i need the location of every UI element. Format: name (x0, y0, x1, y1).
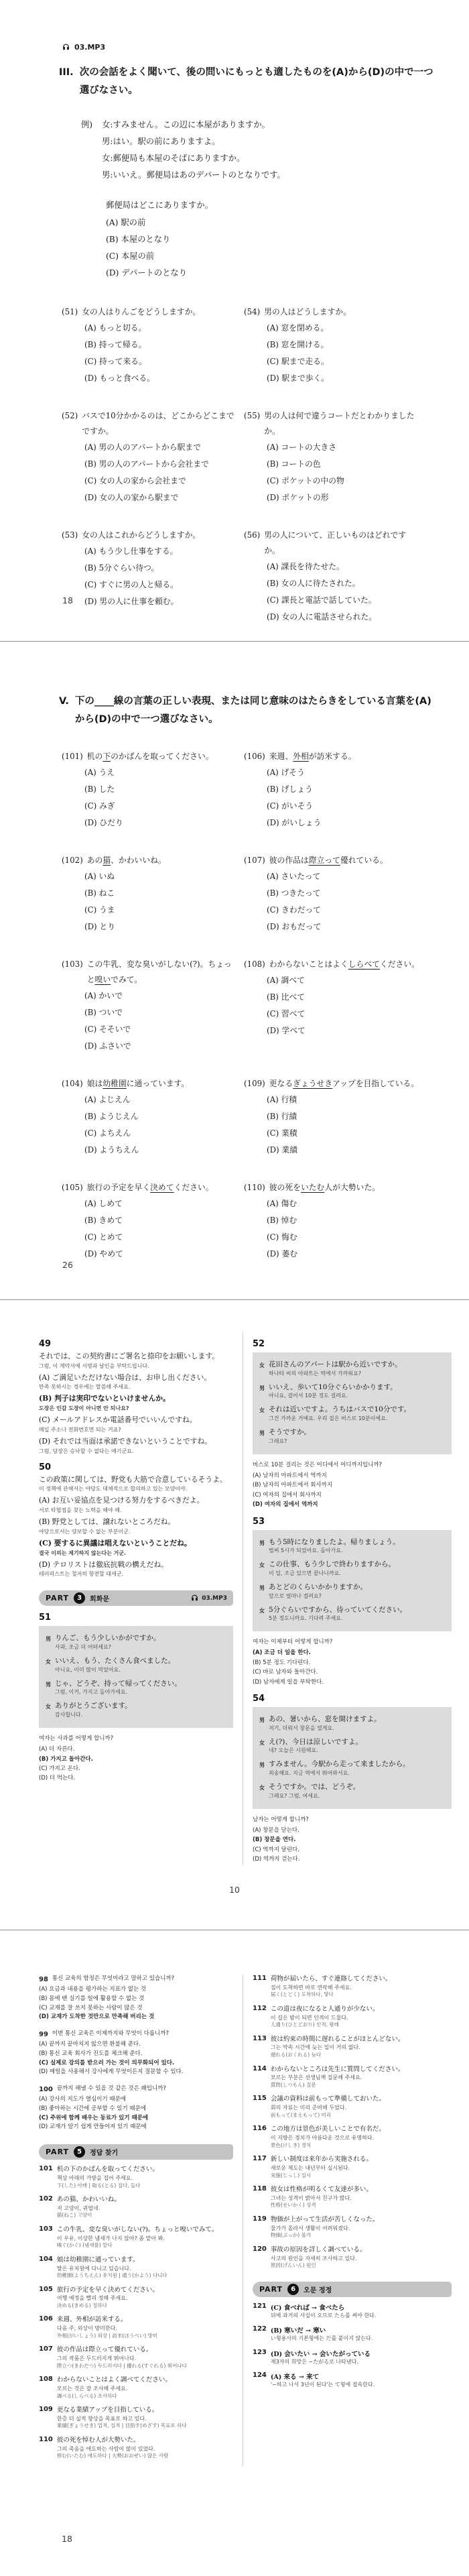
audio-file-row: 03.MP3 (62, 43, 469, 52)
translation-item: 116この地方は景色が美しいことで有名だ。이 지방은 경치가 아름다운 것으로 … (253, 2125, 452, 2149)
question-number: (107) (244, 853, 265, 868)
stem-post: 人が大勢いた。 (324, 1183, 380, 1192)
question-block: (54)男の人はどうしますか。(A) 窓を閉める。(B) 窓を開ける。(C) 駅… (244, 304, 426, 387)
answer-item-number: 116 (253, 2125, 267, 2149)
dialog-japanese: ありがとうございます。 (55, 1701, 132, 1711)
dialog-lines: 花田さんのアパートは駅から近いですか。하나타 씨의 아파트는 역에서 가까워요? (269, 1360, 402, 1378)
vocab-note: 決める(きめる) 정하다 (57, 2302, 159, 2310)
option-line: (B) 女の人に待たされた。 (267, 575, 421, 592)
stem-post: のかばんを取ってください。 (111, 752, 213, 761)
part-number-badge: 6 (287, 2284, 299, 2295)
speaker-label: 男 (259, 1761, 265, 1777)
underlined-word: 際立って (309, 856, 340, 865)
translation-lines: 新しい制度は来年から実施される。새로운 제도는 내년부터 실시된다.実施(じっし… (271, 2155, 373, 2179)
underlined-word: いたむ (301, 1183, 324, 1192)
option-line: (B) 悼む (267, 1212, 421, 1229)
question-text: 女の人はこれからどうしますか。 (82, 528, 200, 543)
answer-option-korean: (A) 조금 더 일을 한다. (253, 1648, 452, 1657)
sentence-korean: 책상 아래의 가방을 집어 주세요. (57, 2174, 159, 2182)
option-line: (C) 悔む (267, 1229, 421, 1246)
vocab-note: 原因(げんいん) 원인 (271, 2262, 366, 2270)
question-text: 彼の死をいたむ人が大勢いた。 (269, 1180, 380, 1195)
stem-japanese: この政策に関しては、野党も大筋で合意しているそうよ。 (39, 1474, 233, 1486)
option-line: (D) 女の人の家から駅まで (84, 489, 239, 506)
dialog-japanese: りんご、もう少しいかがですか。 (55, 1633, 161, 1643)
vocab-note: 実施(じっし) 실시 (271, 2172, 373, 2180)
dialog-japanese: あの、暑いから、窓を開けますよ。 (269, 1714, 381, 1724)
answer-option-japanese: (D) それでは当面は承諾できないということですね。 (39, 1436, 233, 1448)
speaker-label: 女 (46, 1703, 51, 1719)
stem-pre: 机の (87, 752, 103, 761)
option-line: (D) ポケットの形 (267, 489, 421, 506)
underlined-word: 嗅い (95, 975, 111, 984)
sentence-japanese: この地方は景色が美しいことで有名だ。 (271, 2125, 385, 2134)
sentence-japanese: 旅行の予定を早く決めてください。 (57, 2286, 159, 2295)
page-test-vocabulary: V. 下の____線の言葉の正しい表現、または同じ意味のはたらきをしている言葉を… (0, 641, 469, 1299)
option-line: (A) 男の人のアパートから駅まで (84, 439, 239, 456)
dialog-row: 男そうですか。그래요? (259, 1427, 445, 1446)
dialog-korean: 5분 정도니까요. 기다려 주세요. (269, 1615, 407, 1623)
translation-lines: 彼の死を悼む人が大勢いた。그의 죽음을 애도하는 사람이 많이 있었다.悼む(い… (57, 2436, 168, 2460)
translation-item: 108わからないことはよく調べてください。모르는 것은 잘 조사해 주세요.調べ… (39, 2376, 233, 2400)
dialog-lines: あとどのくらいかかりますか。앞으로 얼마나 걸려요? (269, 1582, 367, 1600)
sentence-japanese: 来週、外相が訪米する。 (57, 2315, 157, 2325)
answer-option-korean: 그럼, 당장은 승낙할 수 없다는 얘기군요. (39, 1448, 233, 1456)
section-number: III. (59, 64, 74, 100)
answer-item-number: 102 (39, 2195, 53, 2219)
translation-item: 114わからないところは先生に質問してください。모르는 부분은 선생님께 질문해… (253, 2065, 452, 2089)
option-line: (C) すぐに男の人と帰る。 (84, 577, 239, 593)
answer-item-number: 51 (39, 1613, 233, 1623)
sentence-japanese: 彼は約束の時間に遅れることがほとんどない。 (271, 2035, 405, 2044)
audio-file-name: 03.MP3 (74, 43, 105, 52)
dialog-row: 女いいえ、もう、たくさん食べました。아니요, 이미 많이 먹었어요. (46, 1656, 226, 1674)
part-bar: PART5정답 찾기 (39, 2144, 233, 2160)
page-number: 26 (62, 1260, 73, 1270)
translation-lines: 物価が上がって生活が苦しくなった。물가가 올라서 생활이 어려워졌다.物価(ぶっ… (271, 2215, 379, 2239)
answer-option: (C) メールアドレスか電話番号でいいんですね。메일 주소나 전화번호면 되는 … (39, 1415, 233, 1434)
option-line: (B) ようじえん (84, 1108, 239, 1125)
answer-item-number: 112 (253, 2005, 267, 2029)
example-option-line: (D) デパートのとなり (106, 265, 469, 282)
question-text: バスで10分かかるのは、どこからどこまでですか。 (82, 408, 239, 439)
example-label: 例) (81, 117, 92, 184)
speaker-label: 男 (259, 1716, 265, 1733)
dialog-japanese: そうですか。では、どうぞ。 (269, 1782, 360, 1792)
translation-lines: わからないことはよく調べてください。모르는 것은 잘 조사해 주세요.調べる(し… (57, 2376, 172, 2400)
answer-option-korean: (C) 바로 남자와 돌아간다. (253, 1667, 452, 1677)
option-line: (C) 課長と電話で話していた。 (267, 592, 421, 609)
dialog-korean: 하나타 씨의 아파트는 역에서 가까워요? (269, 1370, 402, 1378)
option-line: (B) つきたって (267, 885, 421, 902)
dialog-row: 女この仕事、もう少しで終わりますから。이 일, 조금 있으면 끝나니까요. (259, 1560, 445, 1578)
answer-option-korean: (A) 강사의 지도가 열심이기 때문에 (39, 2095, 233, 2105)
dialog-korean: 죄송해요. 지금 역에서 뛰어와서요. (269, 1769, 410, 1777)
question-number: (55) (244, 408, 260, 439)
dialog-korean: 감사합니다. (55, 1711, 132, 1719)
option-line: (D) もっと食べる。 (84, 370, 239, 387)
translation-item: 111荷物が届いたら、すぐ連絡してください。짐이 도착하면 바로 연락해 주세요… (253, 1975, 452, 1999)
option-line: (A) 傷む (267, 1195, 421, 1212)
sentence-japanese: この牛乳、変な臭いがしない(?)。ちょっと嗅いでみて。 (57, 2225, 218, 2235)
question-number: (52) (62, 408, 78, 439)
sentence-japanese: 新しい制度は来年から実施される。 (271, 2155, 373, 2164)
sentence-korean: 이 우유, 이상한 냄새가 나지 않아? 좀 맡아 봐. (57, 2235, 218, 2243)
dialog-japanese: 花田さんのアパートは駅から近いですか。 (269, 1360, 402, 1370)
option-line: (C) 女の人の家から会社まで (84, 473, 239, 489)
answer-option-korean: (D) 남자에게 일을 부탁한다. (253, 1678, 452, 1687)
option-line: (A) よじえん (84, 1092, 239, 1108)
question-options: (A) うえ(B) した(C) みぎ(D) ひだり (84, 764, 239, 831)
answer-item-number: 98 (39, 1975, 48, 1985)
question-options: (A) 課長を待たせた。(B) 女の人に待たされた。(C) 課長と電話で話してい… (267, 559, 421, 626)
option-line: (D) 学べて (267, 1022, 421, 1039)
vocab-note: 景色(けしき) 경치 (271, 2142, 385, 2150)
dialog-lines: それは近いですよ。うちはバスで10分です。그건 가까운 거예요. 우리 집은 버… (269, 1405, 411, 1423)
sentence-japanese: 荷物が届いたら、すぐ連絡してください。 (271, 1975, 392, 1984)
vocab-note: 業績(ぎょうせき) 업적, 실적 | 目指す(めざす) 목표로 하다 (57, 2422, 187, 2430)
option-line: (C) がいそう (267, 798, 421, 815)
dialog-row: 女花田さんのアパートは駅から近いですか。하나타 씨의 아파트는 역에서 가까워요… (259, 1360, 445, 1378)
answer-option: (B) 判子は実印でないといけませんか。도장은 인감 도장이 아니면 안 되나요… (39, 1393, 233, 1413)
answer-option-korean: (D) 여자의 집에서 역까지 (253, 1500, 452, 1509)
sentence-korean: 저 고양이, 귀엽네. (57, 2205, 121, 2213)
answer-option-korean: (A) 창문을 닫는다. (253, 1826, 452, 1835)
question-text: この牛乳、変な臭いがしない(?)。ちょっと嗅いでみて。 (87, 957, 239, 988)
answer-option: (D) テロリストは徹底抗戦の構えだね。테러리스트는 철저히 항전할 태세군. (39, 1560, 233, 1579)
dialog-korean: 아니요, 이미 많이 먹었어요. (55, 1666, 175, 1674)
sentence-japanese: 彼女は性格が明るくて友達が多い。 (271, 2185, 373, 2194)
stem-pre: あの (87, 856, 103, 865)
speaker-label: 女 (259, 1607, 265, 1623)
stem-post: 優れている。 (340, 856, 388, 865)
stem-pre: 更なる (269, 1079, 293, 1088)
answer-item-number: 118 (253, 2185, 267, 2209)
answer-option-korean: (D) 더 먹는다. (39, 1773, 233, 1783)
dialog-lines: りんご、もう少しいかがですか。사과, 조금 더 어떠세요? (55, 1633, 161, 1651)
section-heading: III. 次の会話をよく聞いて、後の問いにもっとも適したものを(A)から(D)の… (59, 64, 437, 100)
speaker-label: 女 (259, 1739, 265, 1755)
underlined-word: ぎょうせき (293, 1079, 332, 1088)
stem-pre: 彼の作品は (269, 856, 309, 865)
question-number: (54) (244, 304, 260, 320)
answer-option-korean: (D) 역까지 걷는다. (253, 1855, 452, 1864)
answer-item-number: 114 (253, 2065, 267, 2089)
option-line: (D) ふさいで (84, 1038, 239, 1055)
option-line: (B) 行績 (267, 1108, 421, 1125)
mc-answer-item: 100끝까지 해낼 수 있을 것 같은 것은 왜입니까?(A) 강사의 지도가 … (39, 2085, 233, 2132)
answers-right-column: 111荷物が届いたら、すぐ連絡してください。짐이 도착하면 바로 연락해 주세요… (243, 1975, 452, 2466)
answer-item-number: 109 (39, 2406, 53, 2430)
question-korean: 이번 통신 교육은 이제까지와 무엇이 다릅니까? (52, 2030, 169, 2040)
question-options: (A) 行積(B) 行績(C) 業積(D) 業績 (267, 1092, 421, 1159)
translation-lines: この道は夜になると人通りが少ない。이 길은 밤이 되면 인적이 드물다.人通り(… (271, 2005, 379, 2029)
dialog-row: 男じゃ、どうぞ、持って帰ってください。그럼, 이거, 가지고 돌아가세요. (46, 1679, 226, 1697)
option-line: (A) さいたって (267, 868, 421, 885)
option-line: (B) した (84, 781, 239, 798)
translation-item: 115会議の資料は前もって準備しておいた。회의 자료는 미리 준비해 두었다.前… (253, 2095, 452, 2119)
mc-answer-item: 99이번 통신 교육은 이제까지와 무엇이 다릅니까?(A) 끝까지 끝마치지 … (39, 2030, 233, 2077)
answer-option-korean: (C) 교재를 잘 쓰지 못하는 사람이 많은 것 (39, 2004, 233, 2013)
correction-item: 123(D) 会いたい → 会いたがっている제3자의 희망은 ~たがる로 나타낸… (253, 2349, 452, 2366)
question-block: (108)わからないことはよくしらべてください。(A) 調べて(B) 比べて(C… (244, 957, 426, 1055)
question-text: 男の人について、正しいものはどれですか。 (264, 528, 421, 559)
option-line: (C) 駅まで走る。 (267, 353, 421, 370)
stem-post: アップを目指している。 (332, 1079, 419, 1088)
dialog-lines: そうですか。では、どうぞ。그래요? 그럼, 여세요. (269, 1782, 360, 1800)
dialog-row: 男りんご、もう少しいかがですか。사과, 조금 더 어떠세요? (46, 1633, 226, 1651)
question-korean: 끝까지 해낼 수 있을 것 같은 것은 왜입니까? (57, 2085, 166, 2095)
option-line: (D) 萎む (267, 1246, 421, 1263)
translation-lines: 会議の資料は前もって準備しておいた。회의 자료는 미리 준비해 두었다.前もって… (271, 2095, 385, 2119)
option-line: (A) 窓を閉める。 (267, 320, 421, 337)
answer-option-korean: 테러리스트는 철저히 항전할 태세군. (39, 1570, 233, 1578)
question-block: (51)女の人はりんごをどうしますか。(A) もっと切る。(B) 持って帰る。(… (62, 304, 244, 387)
underlined-word: 幼稚園 (103, 1079, 126, 1088)
stem-japanese: それでは、この契約書にご署名と捺印をお願いします。 (39, 1351, 233, 1362)
answer-item-number: 110 (39, 2436, 53, 2460)
answer-option-korean: (A) 요금과 내용을 평가하는 지표가 없는 것 (39, 1985, 233, 1995)
translation-lines: 娘は幼稚園に通っています。딸은 유치원에 다니고 있습니다.幼稚園(ようちえん)… (57, 2256, 167, 2280)
answer-item-number: 119 (253, 2215, 267, 2239)
answer-item-number: 106 (39, 2315, 53, 2339)
translation-item: 109更なる業績アップを目指している。한층 더 실적 향상을 목표로 하고 있다… (39, 2406, 233, 2430)
sentence-korean: 여행 예정을 빨리 정해 주세요. (57, 2294, 159, 2302)
sentence-korean: 그녀는 성격이 밝아서 친구가 많다. (271, 2194, 373, 2203)
sentence-japanese: わからないところは先生に質問してください。 (271, 2065, 405, 2074)
stem-pre: 来週、 (269, 752, 293, 761)
translation-item: 110彼の死を悼む人が大勢いた。그의 죽음을 애도하는 사람이 많이 있었다.悼… (39, 2436, 233, 2460)
dialog-row: 男すみません。今駅から走って来ましたから。죄송해요. 지금 역에서 뛰어와서요. (259, 1759, 445, 1777)
answer-option: (B) 野党としては、譲れないところだね。야당으로서는 양보할 수 없는 부분이… (39, 1517, 233, 1536)
dialog-japanese: そうですか。 (269, 1427, 311, 1438)
example-dialog-line: 男:はい。駅の前にありますよ。 (102, 133, 285, 150)
answer-item-number: 100 (39, 2085, 53, 2095)
question-korean: 남자는 어떻게 합니까? (253, 1815, 452, 1823)
speaker-label: 男 (259, 1385, 265, 1401)
answer-item-number: 103 (39, 2225, 53, 2249)
dialog-korean: 그건 가까운 거예요. 우리 집은 버스로 10분이에요. (269, 1415, 411, 1423)
question-text: 男の人は何で違うコートだとわかりましたか。 (264, 408, 421, 439)
example-options: (A) 駅の前(B) 本屋のとなり(C) 本屋の前(D) デパートのとなり (106, 215, 469, 282)
dialog-japanese: え(?)、今日は涼しいですよ。 (269, 1737, 362, 1747)
vocab-note: 悼む(いたむ) 애도하다 | 大勢(おおぜい) 많은 사람 (57, 2453, 168, 2460)
question-block: (102)あの猫、かわいいね。(A) いぬ(B) ねこ(C) うま(D) とり (62, 853, 244, 935)
underlined-word: 決めて (150, 1183, 174, 1192)
example-option-line: (B) 本屋のとなり (106, 231, 469, 248)
option-line: (A) 行積 (267, 1092, 421, 1108)
stem-post: が訪米する。 (309, 752, 356, 761)
sentence-japanese: 彼の作品は際立って優れている。 (57, 2345, 187, 2355)
answer-item-number: 54 (253, 1694, 452, 1704)
translation-item: 104娘は幼稚園に通っています。딸은 유치원에 다니고 있습니다.幼稚園(ようち… (39, 2256, 233, 2280)
correction-arrow-line: (C) 食べれば → 食べたら (271, 2302, 376, 2312)
part-audio-label: 03.MP3 (190, 1594, 227, 1602)
dialog-korean: 아니요, 걸어서 10분 정도 걸려요. (269, 1392, 397, 1400)
translation-item: 117新しい制度は来年から実施される。새로운 제도는 내년부터 실시된다.実施(… (253, 2155, 452, 2179)
option-line: (D) がいしょう (267, 815, 421, 831)
sentence-korean: 짐이 도착하면 바로 연락해 주세요. (271, 1984, 392, 1992)
mc-answer-item: 98통신 교육의 함정은 무엇이라고 말하고 있습니까?(A) 요금과 내용을 … (39, 1975, 233, 2022)
answer-option-korean: (B) 좋아하는 시간에 공부할 수 있기 때문에 (39, 2105, 233, 2114)
sentence-korean: 물가가 올라서 생활이 어려워졌다. (271, 2225, 379, 2233)
dialog-row: 女ありがとうございます。감사합니다. (46, 1701, 226, 1719)
answer-option-korean: 메일 주소나 전화번호면 되는 거죠? (39, 1426, 233, 1434)
dialog-box: 男あの、暑いから、窓を開けますよ。저기, 더워서 창문을 열게요.女え(?)、今… (253, 1707, 452, 1809)
dialog-japanese: すみません。今駅から走って来ましたから。 (269, 1759, 410, 1769)
question-number: (105) (62, 1180, 83, 1195)
answer-option-japanese: (A) お互い妥協点を見つける努力をするべきだよ。 (39, 1495, 233, 1507)
answer-item-number: 122 (253, 2325, 267, 2343)
part-word: PART (46, 1594, 69, 1602)
sentence-korean: 이 지방은 경치가 아름다운 것으로 유명하다. (271, 2134, 385, 2142)
option-line: (C) そそいで (84, 1021, 239, 1038)
option-line: (C) みぎ (84, 798, 239, 815)
stem-pre: 旅行の予定を早く (87, 1183, 150, 1192)
answer-option-korean: (A) 더 자른다. (39, 1745, 233, 1754)
stem-pre: 彼の死を (269, 1183, 301, 1192)
dialog-lines: あの、暑いから、窓を開けますよ。저기, 더워서 창문을 열게요. (269, 1714, 381, 1733)
translation-lines: 彼は約束の時間に遅れることがほとんどない。그는 약속 시간에 늦는 일이 거의 … (271, 2035, 405, 2059)
sentence-korean: 그의 죽음을 애도하는 사람이 많이 있었다. (57, 2445, 168, 2453)
option-line: (D) おもだって (267, 919, 421, 935)
dialog-korean: 사과, 조금 더 어떠세요? (55, 1643, 161, 1651)
question-options: (A) しめて(B) きめて(C) とめて(D) やめて (84, 1195, 239, 1263)
part-title: 오문 정정 (304, 2284, 332, 2294)
headphone-icon (62, 43, 70, 52)
option-line: (B) 5分ぐらい待つ。 (84, 560, 239, 577)
answer-option-korean: (C) 실제로 강의를 받으러 가는 것이 의무화되어 있다. (39, 2059, 233, 2068)
option-line: (B) げしょう (267, 781, 421, 798)
dialog-japanese: この仕事、もう少しで終わりますから。 (269, 1560, 395, 1570)
translation-lines: 彼女は性格が明るくて友達が多い。그녀는 성격이 밝아서 친구가 많다.性格(せい… (271, 2185, 373, 2209)
sentence-japanese: わからないことはよく調べてください。 (57, 2376, 172, 2385)
translation-lines: 来週、外相が訪米する。다음 주, 외상이 방미한다.外相(がいしょう) 외상 |… (57, 2315, 157, 2339)
stem-korean: 그럼, 이 계약서에 서명과 날인을 부탁드립니다. (39, 1362, 233, 1370)
question-block: (55)男の人は何で違うコートだとわかりましたか。(A) コートの大きさ(B) … (244, 408, 426, 506)
example-dialog: 女:すみません。この辺に本屋がありますか。男:はい。駅の前にありますよ。女:郵便… (102, 117, 285, 184)
option-line: (C) 習べて (267, 1006, 421, 1022)
translation-item: 106来週、外相が訪米する。다음 주, 외상이 방미한다.外相(がいしょう) 외… (39, 2315, 233, 2339)
option-line: (B) 男の人のアパートから会社まで (84, 456, 239, 473)
question-number: (101) (62, 749, 83, 764)
vocab-note: 下(した) 아래 | 取る(とる) 집다, 들다 (57, 2182, 159, 2190)
dialog-lines: いいえ、歩いて10分ぐらいかかります。아니요, 걸어서 10분 정도 걸려요. (269, 1383, 397, 1401)
correction-arrow-line: (D) 会いたい → 会いたがっている (271, 2349, 371, 2358)
question-block: (110)彼の死をいたむ人が大勢いた。(A) 傷む(B) 悼む(C) 悔む(D)… (244, 1180, 426, 1263)
question-text: 娘は幼稚園に通っています。 (87, 1076, 189, 1092)
question-options: (A) コートの大きさ(B) コートの色(C) ポケットの中の物(D) ポケット… (267, 439, 421, 506)
dialog-lines: この仕事、もう少しで終わりますから。이 일, 조금 있으면 끝나니까요. (269, 1560, 395, 1578)
vocab-note: 猫(ねこ) 고양이 (57, 2212, 121, 2219)
option-line: (A) コートの大きさ (267, 439, 421, 456)
question-options: (A) 男の人のアパートから駅まで(B) 男の人のアパートから会社まで(C) 女… (84, 439, 239, 506)
part-number-badge: 5 (74, 2146, 85, 2158)
correction-arrow-line: (B) 寒いだ → 寒い (271, 2325, 373, 2335)
answer-option-korean: (A) 남자의 아파트에서 역까지 (253, 1471, 452, 1480)
translation-lines: 机の下のかばんを取ってください。책상 아래의 가방을 집어 주세요.下(した) … (57, 2165, 159, 2189)
dialog-japanese: じゃ、どうぞ、持って帰ってください。 (55, 1679, 182, 1689)
vocab-note: 届く(とどく) 도착하다, 닿다 (271, 1991, 392, 1999)
option-line: (D) とり (84, 919, 239, 935)
question-korean: 여자는 이제부터 어떻게 합니까? (253, 1637, 452, 1645)
answer-option-korean: (B) 창문을 연다. (253, 1835, 452, 1845)
page-test-listening: 03.MP3 III. 次の会話をよく聞いて、後の問いにもっとも適したものを(A… (0, 0, 469, 641)
audio-file-name: 03.MP3 (202, 1595, 227, 1602)
answer-item-number: 104 (39, 2256, 53, 2280)
sentence-japanese: 物価が上がって生活が苦しくなった。 (271, 2215, 379, 2225)
translation-lines: この牛乳、変な臭いがしない(?)。ちょっと嗅いでみて。이 우유, 이상한 냄새가… (57, 2225, 218, 2249)
question-korean: 통신 교육의 함정은 무엇이라고 말하고 있습니까? (52, 1975, 174, 1985)
correction-explanation: 뒤에 과거의 사실이 오므로 たら를 써야 한다. (271, 2312, 376, 2320)
option-line: (C) ポケットの中の物 (267, 473, 421, 489)
option-line: (B) ねこ (84, 885, 239, 902)
question-text: 男の人はどうしますか。 (264, 304, 351, 320)
option-line: (B) きめて (84, 1212, 239, 1229)
translation-lines: 更なる業績アップを目指している。한층 더 실적 향상을 목표로 하고 있다.業績… (57, 2406, 187, 2430)
dialog-lines: すみません。今駅から走って来ましたから。죄송해요. 지금 역에서 뛰어와서요. (269, 1759, 410, 1777)
speaker-label: 女 (259, 1362, 265, 1378)
vocab-note: 外相(がいしょう) 외상 | 訪米(ほうべい) 방미 (57, 2333, 157, 2340)
answer-item-number: 105 (39, 2286, 53, 2310)
option-line: (A) げそう (267, 764, 421, 781)
speaker-label: 女 (259, 1784, 265, 1800)
dialog-japanese: 5分ぐらいですから、待っていてください。 (269, 1605, 407, 1615)
correction-explanation: '~하고 나서 3년이 된다'는 て형에 접속한다. (271, 2381, 375, 2389)
correction-lines: (B) 寒いだ → 寒いい형용사의 기본형에는 だ를 붙이지 않는다. (271, 2325, 373, 2343)
speaker-label: 女 (259, 1562, 265, 1578)
dialog-korean: 그래요? 그럼, 여세요. (269, 1792, 360, 1800)
translation-item: 107彼の作品は際立って優れている。그의 작품은 두드러지게 뛰어나다.際立つ(… (39, 2345, 233, 2369)
sentence-japanese: 彼の死を悼む人が大勢いた。 (57, 2436, 168, 2445)
answer-option-japanese: (B) 野党としては、譲れないところだね。 (39, 1517, 233, 1528)
page-answers-49-54: 49それでは、この契約書にご署名と捺印をお願いします。그럼, 이 계약서에 서명… (0, 1299, 469, 1930)
question-options: (A) 窓を閉める。(B) 窓を開ける。(C) 駅まで走る。(D) 駅まで歩く。 (267, 320, 421, 387)
question-options: (A) いぬ(B) ねこ(C) うま(D) とり (84, 868, 239, 935)
stem-pre: 娘は (87, 1079, 103, 1088)
dialog-korean: 네? 오늘은 시원해요. (269, 1747, 362, 1755)
correction-lines: (D) 会いたい → 会いたがっている제3자의 희망은 ~たがる로 나타낸다. (271, 2349, 371, 2366)
sentence-japanese: 更なる業績アップを目指している。 (57, 2406, 187, 2415)
question-options: (A) 調べて(B) 比べて(C) 習べて(D) 学べて (267, 972, 421, 1039)
part-word: PART (46, 2148, 69, 2156)
question-block: (107)彼の作品は際立って優れている。(A) さいたって(B) つきたって(C… (244, 853, 426, 935)
dialog-korean: 그럼, 이거, 가지고 돌아가세요. (55, 1688, 182, 1696)
example-dialog-line: 女:郵便局も本屋のそばにありますか。 (102, 150, 285, 167)
underlined-word: しらべて (348, 959, 380, 969)
question-block: (104)娘は幼稚園に通っています。(A) よじえん(B) ようじえん(C) よ… (62, 1076, 244, 1159)
dialog-korean: 앞으로 얼마나 걸려요? (269, 1592, 367, 1600)
translation-item: 102あの猫、かわいいね。저 고양이, 귀엽네.猫(ねこ) 고양이 (39, 2195, 233, 2219)
part-word: PART (259, 2285, 283, 2294)
answer-option-korean: (B) 몸에 밴 실기를 일에 활용할 수 없는 것 (39, 1995, 233, 2004)
answer-item-number: 107 (39, 2345, 53, 2369)
dialog-lines: ありがとうございます。감사합니다. (55, 1701, 132, 1719)
answer-option-korean: (B) 남자의 아파트에서 회사까지 (253, 1480, 452, 1490)
question-number: (108) (244, 957, 265, 972)
example-option-line: (A) 駅の前 (106, 215, 469, 231)
translation-item: 113彼は約束の時間に遅れることがほとんどない。그는 약속 시간에 늦는 일이 … (253, 2035, 452, 2059)
option-line: (A) 課長を待たせた。 (267, 559, 421, 575)
example-dialog-line: 女:すみません。この辺に本屋がありますか。 (102, 117, 285, 133)
option-line: (A) 調べて (267, 972, 421, 989)
option-line: (B) 窓を開ける。 (267, 337, 421, 353)
translation-item: 119物価が上がって生活が苦しくなった。물가가 올라서 생활이 어려워졌다.物価… (253, 2215, 452, 2239)
question-options: (A) もっと切る。(B) 持って帰る。(C) 持って来る。(D) もっと食べる… (84, 320, 239, 387)
option-line: (A) もう少し仕事をする。 (84, 543, 239, 560)
dialog-korean: 벌써 5시가 되었어요. 돌아가요. (269, 1547, 400, 1555)
part-number-badge: 3 (74, 1592, 85, 1604)
